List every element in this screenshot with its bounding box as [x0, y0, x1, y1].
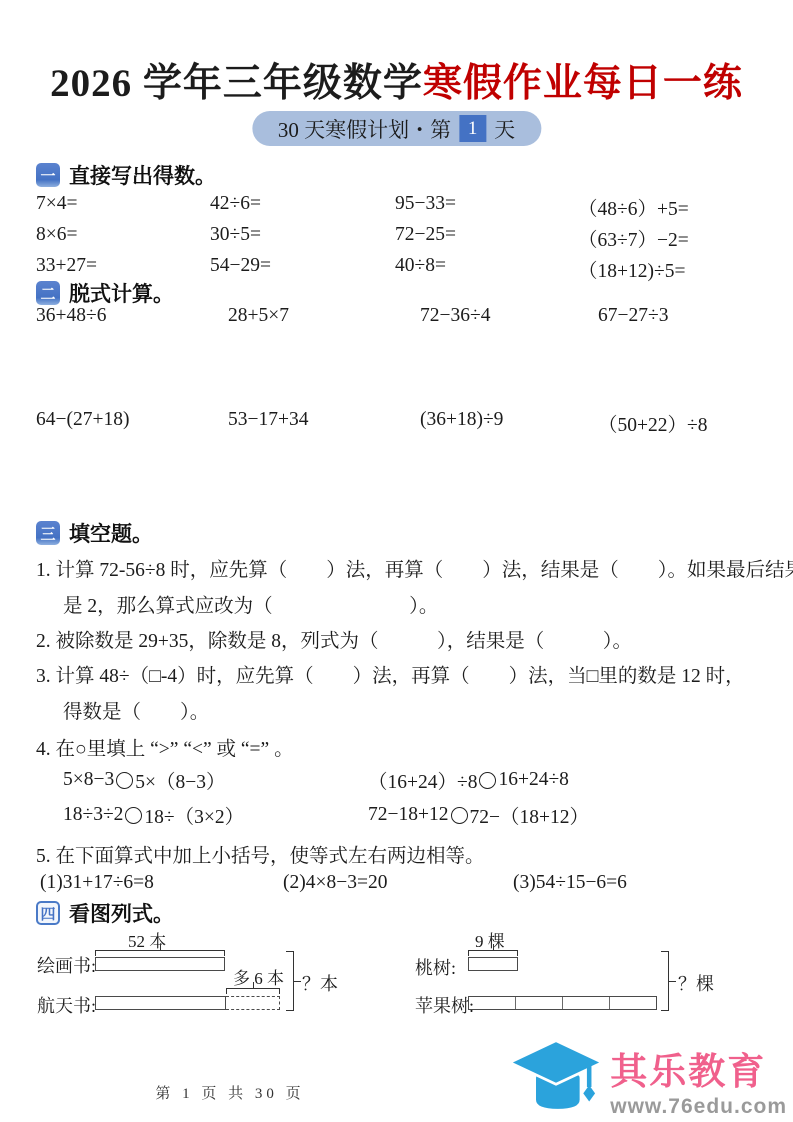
problem: 42÷6= — [210, 193, 395, 221]
expr-left: 18÷3÷2 — [63, 804, 123, 826]
worksheet-page: 2026 学年三年级数学寒假作业每日一练 30 天寒假计划・第 1 天 一 直接… — [0, 0, 793, 1122]
comparison-circle — [116, 772, 133, 789]
space-books-bar-solid — [95, 996, 226, 1010]
problem: （63÷7）−2= — [578, 224, 758, 252]
comparison-circle — [451, 807, 468, 824]
comparison-circle — [125, 807, 142, 824]
comparison-problem: 5×8−3 5×（8−3） — [63, 766, 368, 794]
comparison-row-1: 5×8−3 5×（8−3） （16+24）÷8 16+24÷8 — [63, 766, 763, 794]
fill-item3-line1: 3. 计算 48÷（□-4）时，应先算（ ）法，再算（ ）法，当□里的数是 12… — [36, 660, 766, 688]
right-diagram-row1-label: 桃树: — [415, 954, 456, 980]
comparison-problem: （16+24）÷8 16+24÷8 — [368, 766, 763, 794]
comparison-row-2: 18÷3÷2 18÷（3×2） 72−18+12 72−（18+12） — [63, 801, 763, 829]
comparison-circle — [479, 772, 496, 789]
graduation-cap-icon — [506, 1036, 606, 1122]
page-title-black: 2026 学年三年级数学 — [50, 62, 423, 105]
section2-title: 脱式计算。 — [69, 278, 174, 308]
page-number: 第 1 页 共 30 页 — [0, 1082, 460, 1103]
problem: 53−17+34 — [228, 409, 420, 437]
left-diagram-more-brace — [226, 988, 280, 994]
page-title-red: 寒假作业每日一练 — [423, 62, 743, 105]
expr-left: 5×8−3 — [63, 769, 114, 791]
comparison-problem: 18÷3÷2 18÷（3×2） — [63, 801, 368, 829]
badge-prefix: 30 天寒假计划・第 — [278, 114, 451, 144]
problem: (2)4×8−3=20 — [283, 872, 513, 894]
left-diagram-question-label: ？本 — [302, 970, 338, 996]
fill-item3-line2: 得数是（ ）。 — [63, 696, 793, 724]
right-diagram-row2-label: 苹果树: — [415, 992, 474, 1018]
fill-item2: 2. 被除数是 29+35，除数是 8，列式为（ ），结果是（ ）。 — [36, 625, 766, 653]
problem: (1)31+17÷6=8 — [40, 872, 283, 894]
section2-row-2: 64−(27+18) 53−17+34 (36+18)÷9 （50+22）÷8 — [36, 409, 758, 437]
day-plan-badge: 30 天寒假计划・第 1 天 — [252, 111, 541, 146]
fill-item1-line2: 是 2，那么算式应改为（ ）。 — [63, 590, 793, 618]
section4-title: 看图列式。 — [69, 898, 174, 928]
page-title: 2026 学年三年级数学寒假作业每日一练 — [0, 52, 793, 108]
section4-header: 四 看图列式。 — [36, 898, 174, 928]
space-books-bar-extension — [226, 996, 280, 1010]
expr-left: （16+24）÷8 — [368, 766, 477, 794]
right-diagram-total-bracket — [661, 951, 669, 1011]
brand-name: 其乐教育 — [610, 1041, 766, 1095]
left-diagram-row2-label: 航天书: — [37, 992, 96, 1018]
problem: (3)54÷15−6=6 — [513, 872, 760, 894]
right-diagram-top-label: 9 棵 — [475, 927, 505, 952]
problem: 28+5×7 — [228, 305, 420, 327]
section2-number-icon: 二 — [36, 281, 60, 305]
section4-number-icon: 四 — [36, 901, 60, 925]
problem: 36+48÷6 — [36, 305, 228, 327]
section2-header: 二 脱式计算。 — [36, 278, 174, 308]
expr-right: 18÷（3×2） — [144, 801, 244, 829]
section2-row-1: 36+48÷6 28+5×7 72−36÷4 67−27÷3 — [36, 305, 758, 327]
problem: 95−33= — [395, 193, 578, 221]
item5-problems-row: (1)31+17÷6=8 (2)4×8−3=20 (3)54÷15−6=6 — [40, 872, 760, 894]
problem: （18+12)÷5= — [578, 255, 758, 283]
section3-title: 填空题。 — [69, 518, 153, 548]
section1-title: 直接写出得数。 — [69, 160, 216, 190]
brand-text: 其乐教育 www.76edu.com — [610, 1041, 787, 1119]
section1-header: 一 直接写出得数。 — [36, 160, 216, 190]
section3-number-icon: 三 — [36, 521, 60, 545]
problem: 8×6= — [36, 224, 210, 252]
peach-trees-bar — [468, 957, 518, 971]
day-number-box: 1 — [459, 115, 486, 142]
section1-number-icon: 一 — [36, 163, 60, 187]
problem: 54−29= — [210, 255, 395, 283]
left-diagram-row1-label: 绘画书: — [37, 952, 96, 978]
problem: 64−(27+18) — [36, 409, 228, 437]
problem: 72−36÷4 — [420, 305, 598, 327]
bar-segment — [516, 997, 563, 1009]
bar-segment — [469, 997, 516, 1009]
left-diagram-more-label: 多 6 本 — [233, 964, 284, 989]
section1-row-1: 7×4= 42÷6= 95−33= （48÷6）+5= — [36, 193, 758, 221]
expr-left: 72−18+12 — [368, 804, 449, 826]
right-diagram-top-brace — [468, 950, 518, 956]
painting-books-bar — [95, 957, 225, 971]
problem: 7×4= — [36, 193, 210, 221]
apple-trees-bar — [468, 996, 657, 1010]
section3-header: 三 填空题。 — [36, 518, 153, 548]
problem: (36+18)÷9 — [420, 409, 598, 437]
bar-segment — [563, 997, 610, 1009]
fill-item5-title: 5. 在下面算式中加上小括号，使等式左右两边相等。 — [36, 840, 766, 868]
left-diagram-top-brace — [95, 950, 225, 956]
fill-item4-title: 4. 在○里填上 “>” “<” 或 “=” 。 — [36, 733, 766, 761]
brand-logo: 其乐教育 www.76edu.com — [506, 1036, 787, 1122]
brand-url: www.76edu.com — [610, 1095, 787, 1119]
left-diagram-total-bracket — [286, 951, 294, 1011]
problem: 72−25= — [395, 224, 578, 252]
fill-item1-line1: 1. 计算 72-56÷8 时，应先算（ ）法，再算（ ）法，结果是（ ）。如果… — [36, 554, 766, 582]
problem: 30÷5= — [210, 224, 395, 252]
badge-suffix: 天 — [494, 114, 515, 144]
bar-segment — [610, 997, 656, 1009]
problem: （48÷6）+5= — [578, 193, 758, 221]
problem: 67−27÷3 — [598, 305, 758, 327]
expr-right: 72−（18+12） — [470, 801, 590, 829]
problem: （50+22）÷8 — [598, 409, 758, 437]
expr-right: 5×（8−3） — [135, 766, 225, 794]
right-diagram-question-label: ？棵 — [678, 970, 714, 996]
section1-row-2: 8×6= 30÷5= 72−25= （63÷7）−2= — [36, 224, 758, 252]
problem: 40÷8= — [395, 255, 578, 283]
expr-right: 16+24÷8 — [498, 769, 568, 791]
comparison-problem: 72−18+12 72−（18+12） — [368, 801, 763, 829]
